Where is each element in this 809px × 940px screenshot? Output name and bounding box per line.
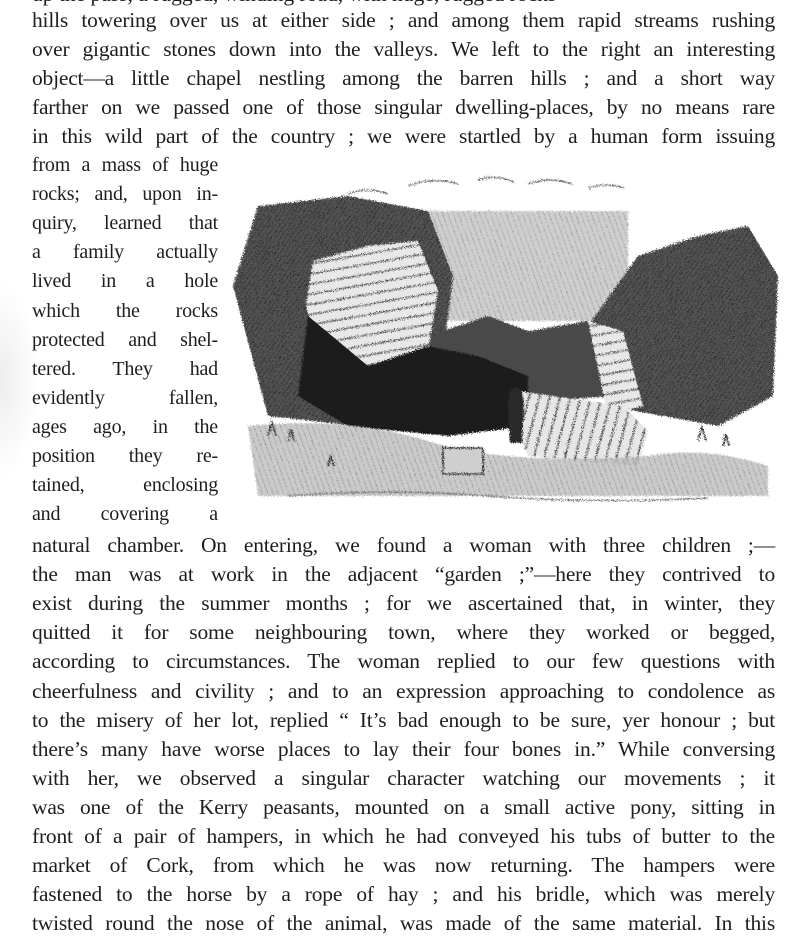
text-line: exist during the summer months ; for we … xyxy=(32,589,775,618)
text-line: quiry, learned that xyxy=(32,209,218,238)
text-line: tained, enclosing xyxy=(32,471,218,500)
text-line: ages ago, in the xyxy=(32,413,218,442)
text-line: farther on we passed one of those singul… xyxy=(32,93,775,122)
text-line: over gigantic stones down into the valle… xyxy=(32,35,775,64)
text-line: the man was at work in the adjacent “gar… xyxy=(32,560,775,589)
text-line: quitted it for some neighbouring town, w… xyxy=(32,618,775,647)
text-line: in this wild part of the country ; we we… xyxy=(32,122,775,151)
text-line: tered. They had xyxy=(32,355,218,384)
text-line: hills towering over us at either side ; … xyxy=(32,6,775,35)
text-line: fastened to the horse by a rope of hay ;… xyxy=(32,880,775,909)
text-line: a family actually xyxy=(32,238,218,267)
rock-dwelling-illustration xyxy=(228,166,784,522)
text-line: with her, we observed a singular charact… xyxy=(32,764,775,793)
text-line: was one of the Kerry peasants, mounted o… xyxy=(32,793,775,822)
text-line: to the misery of her lot, replied “ It’s… xyxy=(32,706,775,735)
text-line: market of Cork, from which he was now re… xyxy=(32,851,775,880)
text-line: there’s many have worse places to lay th… xyxy=(32,735,775,764)
text-line: twisted round the nose of the animal, wa… xyxy=(32,909,775,938)
text-line: from a mass of huge xyxy=(32,151,218,180)
text-line: evidently fallen, xyxy=(32,384,218,413)
text-line: natural chamber. On entering, we found a… xyxy=(32,531,775,560)
text-line: object—a little chapel nestling among th… xyxy=(32,64,775,93)
text-line: protected and shel- xyxy=(32,326,218,355)
text-line: which the rocks xyxy=(32,297,218,326)
text-line: position they re- xyxy=(32,442,218,471)
text-line: lived in a hole xyxy=(32,267,218,296)
text-line: and covering a xyxy=(32,500,218,529)
text-line: rocks; and, upon in- xyxy=(32,180,218,209)
text-line: according to circumstances. The woman re… xyxy=(32,647,775,676)
text-line: front of a pair of hampers, in which he … xyxy=(32,822,775,851)
text-line: cheerfulness and civility ; and to an ex… xyxy=(32,677,775,706)
